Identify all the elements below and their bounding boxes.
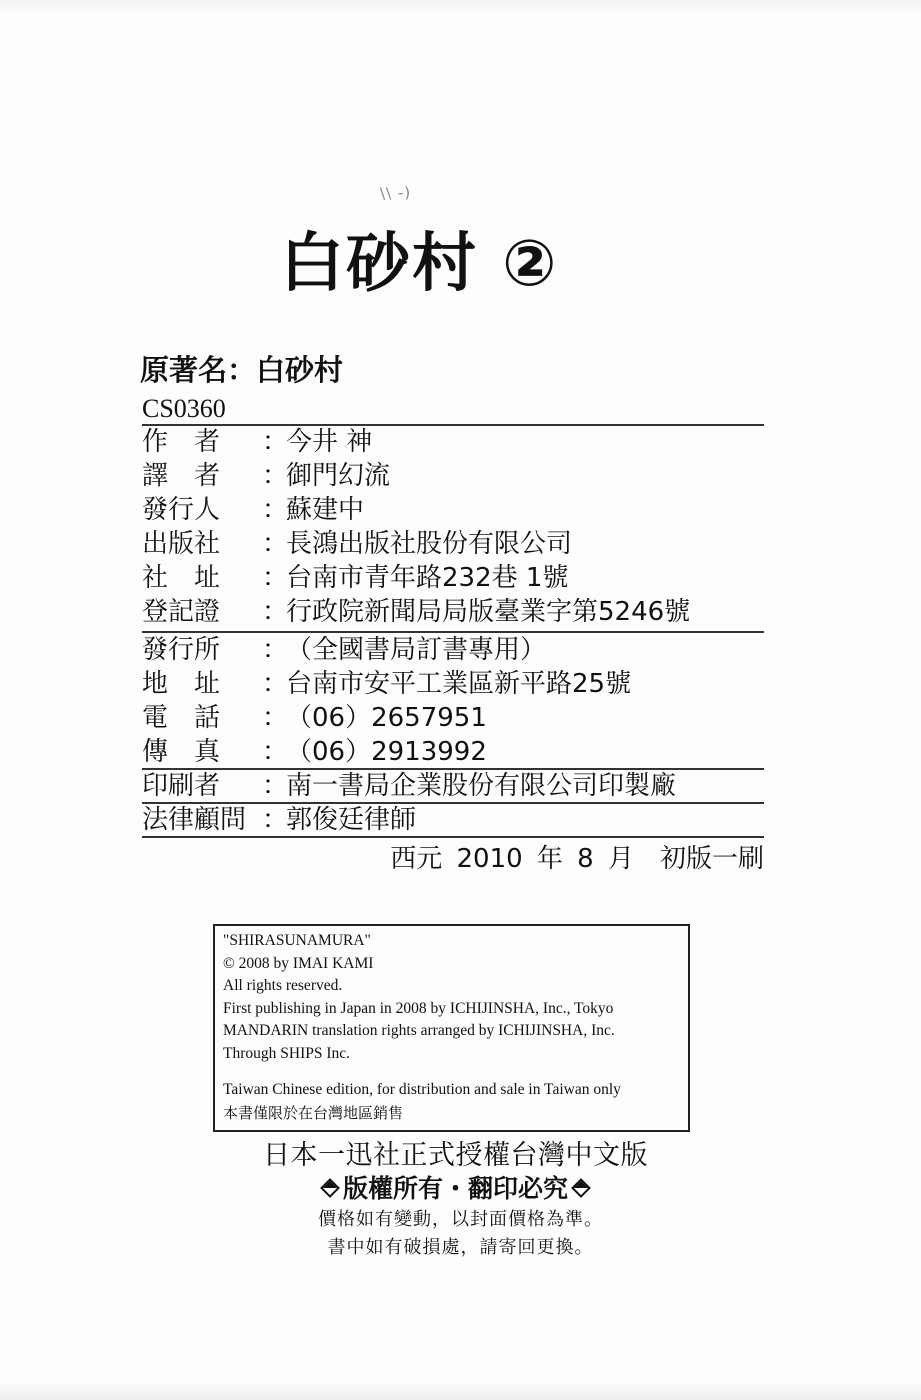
info-colon: ： <box>262 595 286 629</box>
spacer <box>223 1065 680 1079</box>
info-value: （06）2657951 <box>286 701 487 735</box>
info-row-distributor-address: 地 址：台南市安平工業區新平路25號 <box>142 667 631 701</box>
original-title: 原著名：白砂村 <box>140 350 343 390</box>
edition-date: 西元 2010 年 8 月 初版一刷 <box>390 842 764 876</box>
info-row-author: 作 者：今井 神 <box>142 425 372 459</box>
info-label: 作 者 <box>142 425 262 459</box>
info-label: 印刷者 <box>142 769 262 803</box>
info-row-registration: 登記證：行政院新聞局局版臺業字第5246號 <box>142 595 690 629</box>
copyright-box: "SHIRASUNAMURA" © 2008 by IMAI KAMI All … <box>213 924 690 1132</box>
info-label: 法律顧問 <box>142 803 262 837</box>
copyright-line: "SHIRASUNAMURA" <box>223 930 680 953</box>
info-label: 出版社 <box>142 527 262 561</box>
info-row-address: 社 址：台南市青年路232巷 1號 <box>142 561 568 595</box>
info-row-translator: 譯 者：御門幻流 <box>142 459 390 493</box>
info-row-distributor: 發行所：（全國書局訂書專用） <box>142 633 546 667</box>
info-row-publishing-house: 出版社：長鴻出版社股份有限公司 <box>142 527 572 561</box>
price-notice: 價格如有變動，以封面價格為準。 <box>0 1206 921 1234</box>
diamond-icon <box>320 1178 340 1198</box>
copyright-line: First publishing in Japan in 2008 by ICH… <box>223 998 680 1021</box>
info-colon: ： <box>262 769 286 803</box>
info-colon: ： <box>262 425 286 459</box>
info-value: 長鴻出版社股份有限公司 <box>286 527 572 561</box>
book-title: 白砂村 ② <box>280 222 558 306</box>
info-row-fax: 傳 真：（06）2913992 <box>142 735 487 769</box>
rights-reserved-text: 版權所有・翻印必究 <box>343 1174 568 1203</box>
info-row-publisher-person: 發行人：蘇建中 <box>142 493 364 527</box>
info-label: 譯 者 <box>142 459 262 493</box>
info-colon: ： <box>262 803 286 837</box>
info-row-phone: 電 話：（06）2657951 <box>142 701 487 735</box>
info-row-legal-counsel: 法律顧問：郭俊廷律師 <box>142 803 416 837</box>
copyright-line: All rights reserved. <box>223 975 680 998</box>
copyright-line: Through SHIPS Inc. <box>223 1043 680 1066</box>
catalog-code: CS0360 <box>142 394 226 424</box>
divider-rule <box>142 836 764 838</box>
copyright-line: © 2008 by IMAI KAMI <box>223 953 680 976</box>
handwritten-note: \\ -) <box>380 183 412 202</box>
info-value: 行政院新聞局局版臺業字第5246號 <box>286 595 690 629</box>
info-colon: ： <box>262 633 286 667</box>
info-value: 蘇建中 <box>286 493 364 527</box>
info-label: 電 話 <box>142 701 262 735</box>
damage-notice: 書中如有破損處，請寄回更換。 <box>0 1234 921 1262</box>
info-value: （全國書局訂書專用） <box>286 633 546 667</box>
info-value: 南一書局企業股份有限公司印製廠 <box>286 769 676 803</box>
license-statement: 日本一迅社正式授權台灣中文版 <box>0 1138 921 1174</box>
copyright-line: MANDARIN translation rights arranged by … <box>223 1020 680 1043</box>
original-title-colon: ： <box>227 353 256 387</box>
info-colon: ： <box>262 527 286 561</box>
info-label: 傳 真 <box>142 735 262 769</box>
original-title-value: 白砂村 <box>256 353 343 387</box>
info-label: 社 址 <box>142 561 262 595</box>
distribution-notice-en: Taiwan Chinese edition, for distribution… <box>223 1079 680 1102</box>
info-row-printer: 印刷者：南一書局企業股份有限公司印製廠 <box>142 769 676 803</box>
diamond-icon <box>571 1178 591 1198</box>
info-colon: ： <box>262 561 286 595</box>
info-colon: ： <box>262 459 286 493</box>
info-label: 發行所 <box>142 633 262 667</box>
info-value: （06）2913992 <box>286 735 487 769</box>
scan-edge-bottom <box>0 1382 921 1400</box>
info-colon: ： <box>262 701 286 735</box>
distribution-notice-zh: 本書僅限於在台灣地區銷售 <box>223 1102 680 1125</box>
info-label: 登記證 <box>142 595 262 629</box>
info-label: 地 址 <box>142 667 262 701</box>
info-value: 台南市安平工業區新平路25號 <box>286 667 631 701</box>
scan-edge-top <box>0 0 921 14</box>
rights-reserved: 版權所有・翻印必究 <box>0 1172 921 1206</box>
original-title-label: 原著名 <box>140 353 227 387</box>
info-colon: ： <box>262 493 286 527</box>
info-label: 發行人 <box>142 493 262 527</box>
info-colon: ： <box>262 667 286 701</box>
info-colon: ： <box>262 735 286 769</box>
info-value: 今井 神 <box>286 425 372 459</box>
info-value: 御門幻流 <box>286 459 390 493</box>
info-value: 郭俊廷律師 <box>286 803 416 837</box>
info-value: 台南市青年路232巷 1號 <box>286 561 568 595</box>
